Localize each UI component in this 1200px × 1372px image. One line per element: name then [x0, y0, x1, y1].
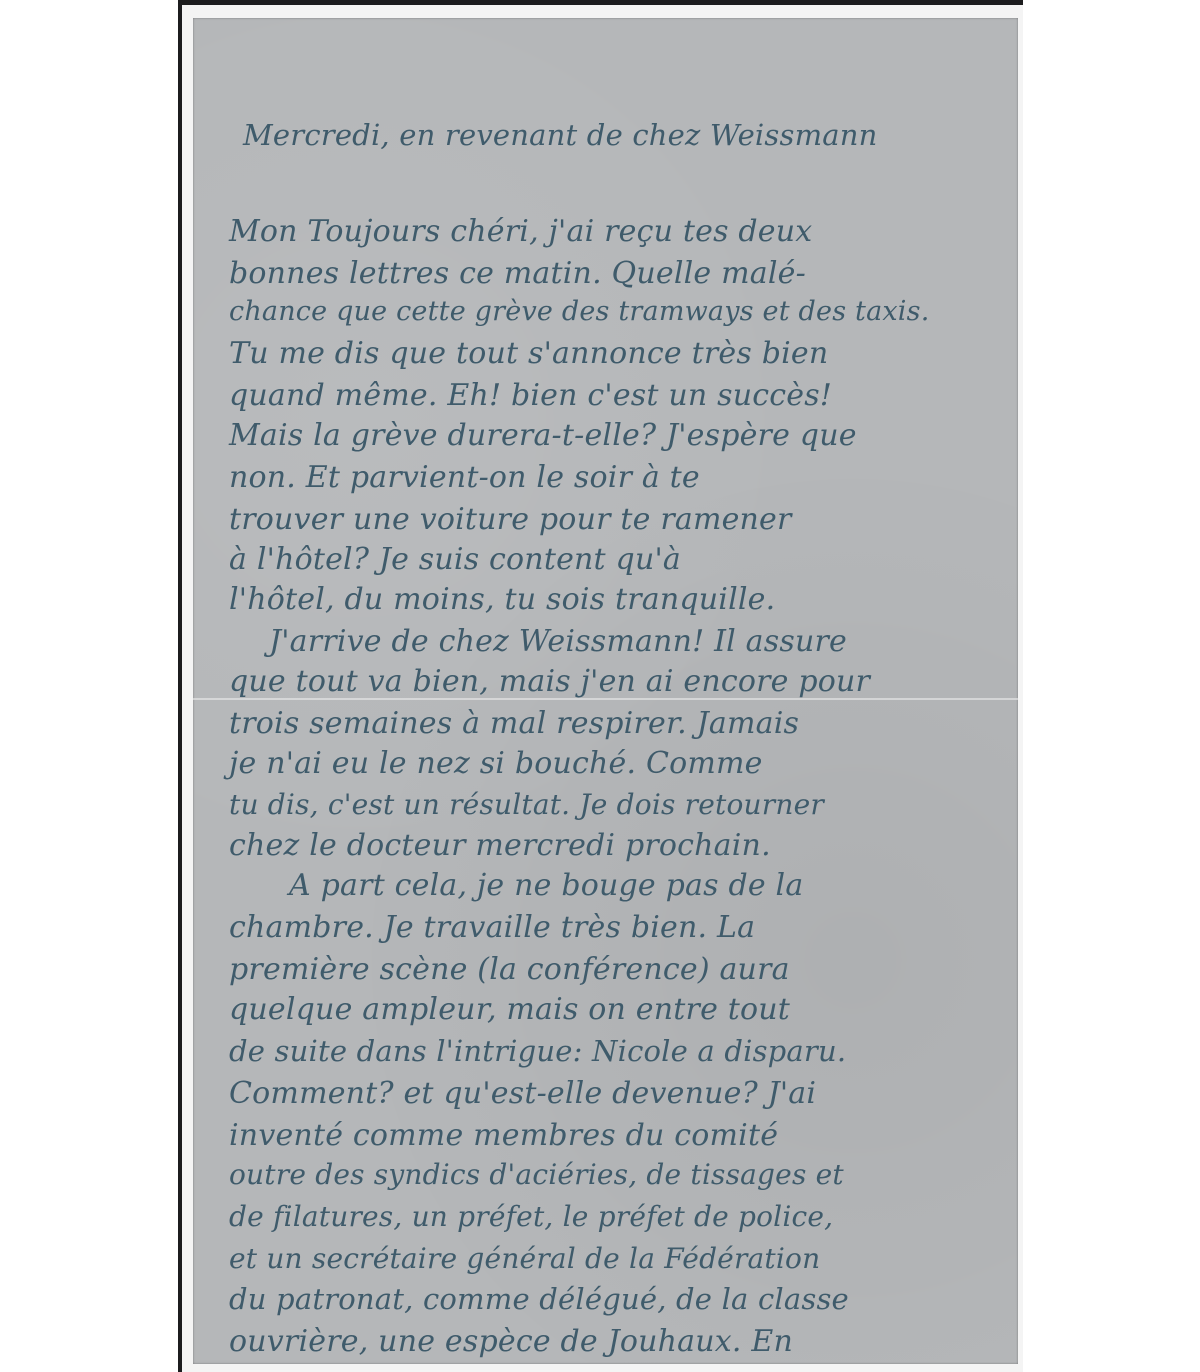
letter-line: Mon Toujours chéri, j'ai reçu tes deux — [229, 214, 812, 249]
letter-line: quelque ampleur, mais on entre tout — [229, 992, 790, 1027]
letter-line: chambre. Je travaille très bien. La — [229, 910, 755, 945]
letter-line: A part cela, je ne bouge pas de la — [289, 868, 803, 903]
letter-line: Tu me dis que tout s'annonce très bien — [229, 336, 828, 371]
letter-line: inventé comme membres du comité — [229, 1118, 778, 1153]
letter-line: non. Et parvient-on le soir à te — [229, 460, 700, 495]
letter-line: tu dis, c'est un résultat. Je dois retou… — [229, 788, 824, 821]
letter-line: ouvrière, une espèce de Jouhaux. En — [229, 1324, 793, 1359]
letter-line: bonnes lettres ce matin. Quelle malé- — [229, 256, 806, 291]
letter-line: Comment? et qu'est-elle devenue? J'ai — [229, 1076, 816, 1111]
letter-line: Mais la grève durera-t-elle? J'espère qu… — [229, 418, 857, 453]
letter-line: trois semaines à mal respirer. Jamais — [229, 706, 799, 741]
letter-line: et un secrétaire général de la Fédératio… — [229, 1242, 820, 1275]
letter-line: chez le docteur mercredi prochain. — [229, 828, 771, 863]
letter-line: outre des syndics d'aciéries, de tissage… — [229, 1158, 844, 1191]
letter-line: de filatures, un préfet, le préfet de po… — [229, 1200, 833, 1233]
letter-line: chance que cette grève des tramways et d… — [229, 296, 929, 327]
letter-line: J'arrive de chez Weissmann! Il assure — [269, 624, 847, 659]
letter-heading: Mercredi, en revenant de chez Weissmann — [243, 118, 878, 152]
letter-line: de suite dans l'intrigue: Nicole a dispa… — [229, 1034, 846, 1068]
letter-line: quand même. Eh! bien c'est un succès! — [229, 378, 832, 413]
letter-line: première scène (la conférence) aura — [229, 952, 790, 987]
letter-line: l'hôtel, du moins, tu sois tranquille. — [229, 582, 775, 617]
letter-line: que tout va bien, mais j'en ai encore po… — [229, 664, 870, 699]
letter-line: du patronat, comme délégué, de la classe — [229, 1282, 849, 1316]
letter-line: à l'hôtel? Je suis content qu'à — [229, 542, 681, 577]
letter-page: Mercredi, en revenant de chez Weissmann … — [193, 18, 1018, 1364]
letter-line: je n'ai eu le nez si bouché. Comme — [229, 746, 763, 781]
letter-line: trouver une voiture pour te ramener — [229, 502, 792, 537]
